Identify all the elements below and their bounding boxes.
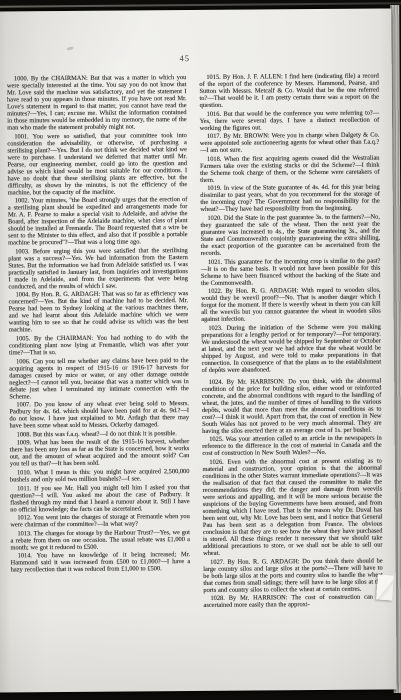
page-number: 45	[0, 52, 375, 65]
paragraph: 1020. Did the State in the past guarante…	[200, 214, 380, 257]
paragraph: 1014. You have no knowledge of it being …	[11, 551, 191, 573]
scan-top-edge	[0, 2, 401, 8]
paragraph: 1002. Your minutes, "the Board strongly …	[8, 196, 188, 246]
paragraph: 1021. This guarantee for the incoming cr…	[201, 257, 381, 286]
paragraph: 1016. But that would be the conference y…	[200, 109, 380, 131]
text-columns: 1000. By the CHAIRMAN: But that was a ma…	[7, 73, 383, 613]
paragraph: 1013. The charges for storage by the Har…	[10, 529, 190, 551]
paragraph: 1006. Can you tell me whether any claims…	[9, 357, 189, 400]
paragraph: 1010. What I mean is this: you might hav…	[10, 468, 190, 483]
paragraph: 1011. If you see Mr. Hall you might tell…	[10, 484, 190, 513]
paragraph: 1005. By the CHAIRMAN: You had nothing t…	[9, 334, 189, 356]
paragraph: 1024. By Mr. HARRISON: Do you think, wit…	[202, 377, 382, 434]
paragraph: 1012. You went into the charges of stora…	[10, 513, 190, 528]
paragraph: 1028. By Mr. HARRISON: The cost of const…	[203, 594, 383, 609]
paragraph: 1017. By Mr. BROWN: Were you in charge w…	[200, 132, 380, 154]
paragraph: 1019. In view of the State guarantee of …	[200, 184, 380, 213]
paragraph: 1022. By Hon. R. G. ARDAGH: With regard …	[201, 287, 381, 323]
left-column: 1000. By the CHAIRMAN: But that was a ma…	[7, 74, 191, 612]
paragraph: 1003. Before urging this you were satisf…	[8, 247, 188, 290]
document-page: 45 1000. By the CHAIRMAN: But that was a…	[0, 8, 397, 692]
paper-scrap	[376, 574, 394, 600]
paragraph: 1004. By Hon. R. G. ARDAGH: That was so …	[9, 290, 189, 333]
paragraph: 1015. By Hon. J. F. ALLEN: I find here (…	[199, 73, 379, 109]
paragraph: 1007. Do you know of any wheat ever bein…	[9, 400, 189, 429]
paragraph: 1023. During the initiation of the Schem…	[201, 323, 381, 373]
right-column: 1015. By Hon. J. F. ALLEN: I find here (…	[199, 73, 383, 611]
paragraph: 1008. But this was f.a.q. wheat?—I do no…	[10, 430, 190, 438]
paragraph: 1009. What has been the result of the 19…	[10, 438, 190, 467]
paragraph: 1027. By Hon. R. G. ARDAGH: Do you think…	[203, 557, 383, 593]
paragraph: 1000. By the CHAIRMAN: But that was a ma…	[7, 74, 187, 131]
paragraph: 1018. When the first acquiring agents ce…	[200, 154, 380, 183]
scanned-page: 45 1000. By the CHAIRMAN: But that was a…	[0, 0, 401, 700]
paragraph: 1025. Was your attention called to an ar…	[202, 435, 382, 457]
smudge-mark	[66, 46, 74, 51]
paragraph: 1026. Even with the abnormal cost at pre…	[202, 457, 382, 556]
paragraph: 1001. You were so satisfied, that your c…	[7, 132, 187, 196]
